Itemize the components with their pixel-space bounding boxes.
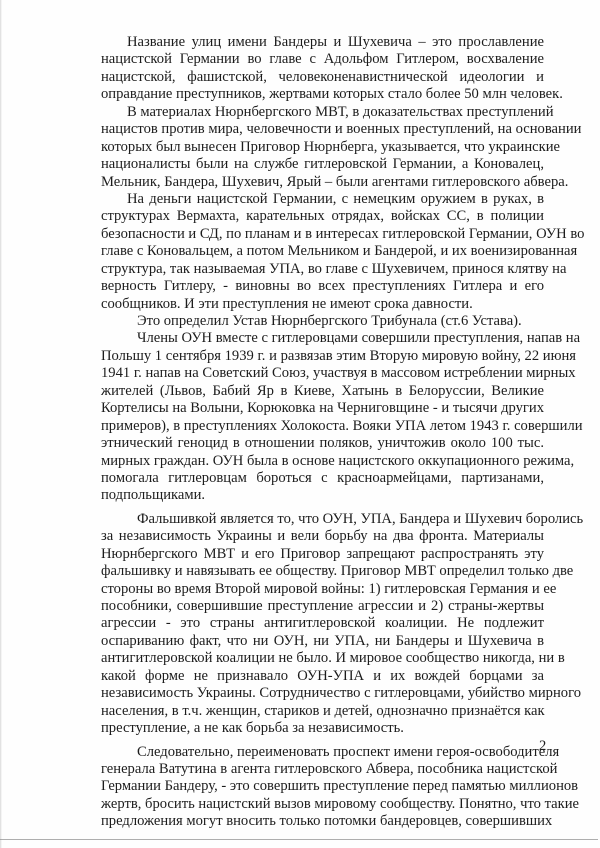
text-line: населения, в т.ч. женщин, стариков и дет… bbox=[101, 703, 544, 720]
text-line: Члены ОУН вместе с гитлеровцами совершил… bbox=[101, 330, 544, 347]
text-line: за независимость Украины и вели борьбу н… bbox=[101, 528, 544, 545]
text-line: мирных граждан. ОУН была в основе нацист… bbox=[101, 453, 544, 470]
paragraph-falsification: Фальшивкой является то, что ОУН, УПА, Ба… bbox=[101, 511, 544, 738]
text-line: оспариванию факт, что ни ОУН, ни УПА, ни… bbox=[101, 633, 544, 650]
text-line: Фальшивкой является то, что ОУН, УПА, Ба… bbox=[101, 511, 544, 528]
text-line: пособники, совершившие преступление агре… bbox=[101, 598, 544, 615]
text-line: подпольщиками. bbox=[101, 487, 544, 504]
text-line: агрессии - это страны антигитлеровской к… bbox=[101, 615, 544, 632]
text-line: нацистской Германии во главе с Адольфом … bbox=[101, 51, 544, 68]
text-line: главе с Коновальцем, а потом Мельником и… bbox=[101, 243, 544, 260]
text-line: Это определил Устав Нюрнбергского Трибун… bbox=[101, 313, 544, 330]
document-body: Название улиц имени Бандеры и Шухевича –… bbox=[101, 34, 544, 831]
text-line: которых был вынесен Приговор Нюрнберга, … bbox=[101, 139, 544, 156]
text-line: оправдание преступников, жертвами которы… bbox=[101, 86, 544, 103]
text-line: На деньги нацистской Германии, с немецки… bbox=[101, 191, 544, 208]
text-line: какой форме не признавало ОУН-УПА и их в… bbox=[101, 668, 544, 685]
text-line: Кортелисы на Волыни, Корюковка на Черниг… bbox=[101, 400, 544, 417]
scan-edge-left bbox=[0, 0, 2, 848]
text-line: нацистов против мира, человечности и вое… bbox=[101, 121, 544, 138]
text-line: безопасности и СД, по планам и в интерес… bbox=[101, 226, 544, 243]
text-line: националисты были на службе гитлеровской… bbox=[101, 156, 544, 173]
scan-edge-bottom bbox=[0, 839, 598, 840]
text-line: Название улиц имени Бандеры и Шухевича –… bbox=[101, 34, 544, 51]
text-line: генерала Ватутина в агента гитлеровского… bbox=[101, 761, 544, 778]
text-line: Следовательно, переименовать проспект им… bbox=[101, 744, 544, 761]
paragraph-nuremberg-materials: В материалах Нюрнбергского МВТ, в доказа… bbox=[101, 104, 544, 191]
document-page: Название улиц имени Бандеры и Шухевича –… bbox=[0, 0, 600, 848]
text-line: сообщников. И эти преступления не имеют … bbox=[101, 296, 544, 313]
text-line: предложения могут вносить только потомки… bbox=[101, 813, 544, 830]
text-line: В материалах Нюрнбергского МВТ, в доказа… bbox=[101, 104, 544, 121]
text-line: Польшу 1 сентября 1939 г. и развязав эти… bbox=[101, 348, 544, 365]
paragraph-nazi-funding: На деньги нацистской Германии, с немецки… bbox=[101, 191, 544, 313]
text-line: нацистской, фашистской, человеконенавист… bbox=[101, 69, 544, 86]
text-line: антигитлеровской коалиции не было. И мир… bbox=[101, 650, 544, 667]
text-line: 1941 г. напав на Советский Союз, участву… bbox=[101, 365, 544, 382]
text-line: Нюрнбергского МВТ и его Приговор запреща… bbox=[101, 546, 544, 563]
text-line: стороны во время Второй мировой войны: 1… bbox=[101, 581, 544, 598]
text-line: независимость Украины. Сотрудничество с … bbox=[101, 685, 544, 702]
paragraph-street-names: Название улиц имени Бандеры и Шухевича –… bbox=[101, 34, 544, 104]
text-line: верность Гитлеру, - виновны во всех прес… bbox=[101, 278, 544, 295]
paragraph-conclusion: Следовательно, переименовать проспект им… bbox=[101, 744, 544, 831]
text-line: преступление, а не как борьба за независ… bbox=[101, 720, 544, 737]
text-line: этнический геноцид в отношении поляков, … bbox=[101, 435, 544, 452]
text-line: помогала гитлеровцам бороться с красноар… bbox=[101, 470, 544, 487]
text-line: структура, так называемая УПА, во главе … bbox=[101, 261, 544, 278]
text-line: жертв, бросить нацистский вызов мировому… bbox=[101, 796, 544, 813]
paragraph-tribunal-charter: Это определил Устав Нюрнбергского Трибун… bbox=[101, 313, 544, 330]
text-line: Германии Бандеру, - это совершить престу… bbox=[101, 778, 544, 795]
paragraph-oun-crimes: Члены ОУН вместе с гитлеровцами совершил… bbox=[101, 330, 544, 504]
text-line: жителей (Львов, Бабий Яр в Киеве, Хатынь… bbox=[101, 383, 544, 400]
text-line: фальшивку и навязывать ее обществу. Приг… bbox=[101, 563, 544, 580]
text-line: структурах Вермахта, карательных отрядах… bbox=[101, 208, 544, 225]
page-number: 2 bbox=[539, 738, 546, 755]
text-line: Мельник, Бандера, Шухевич, Ярый – были а… bbox=[101, 174, 544, 191]
text-line: примеров), в преступлениях Холокоста. Во… bbox=[101, 418, 544, 435]
